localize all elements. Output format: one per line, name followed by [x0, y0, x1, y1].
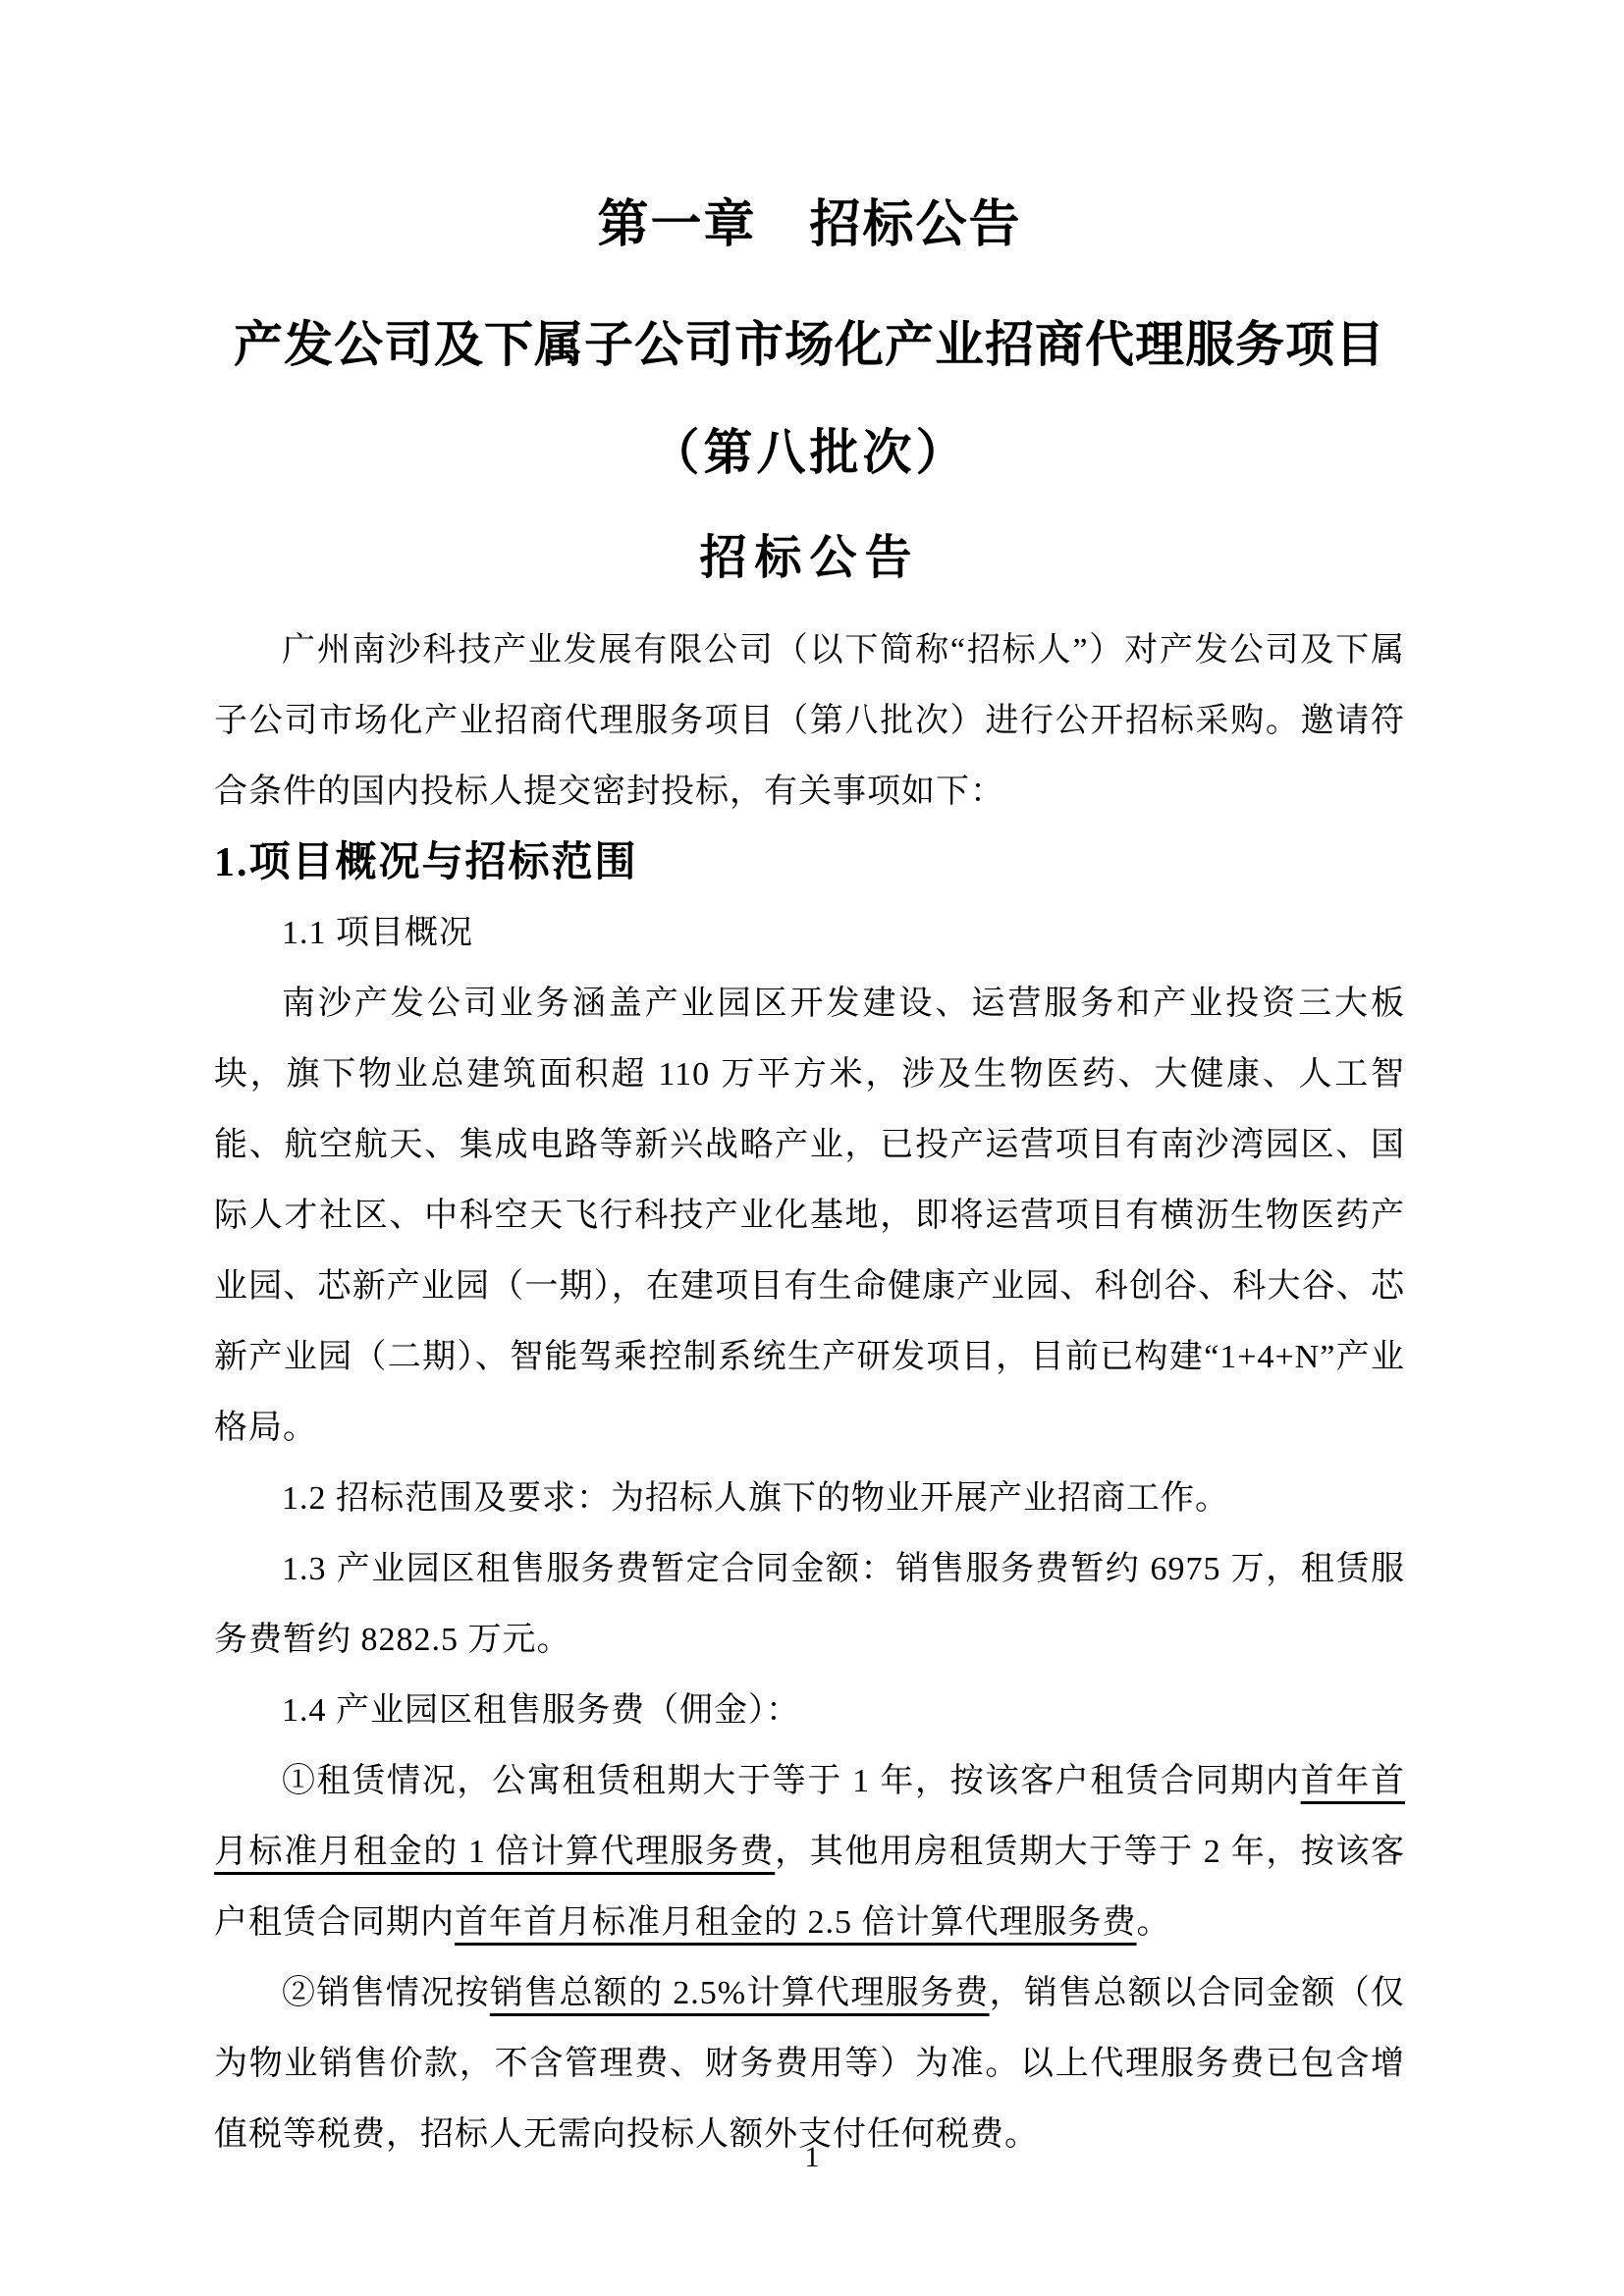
text-run: 。: [1137, 1904, 1171, 1941]
batch-line: （第八批次）: [214, 422, 1405, 483]
paragraph-1-2: 1.2 招标范围及要求：为招标人旗下的物业开展产业招商工作。: [214, 1464, 1405, 1534]
chapter-title: 第一章 招标公告: [214, 196, 1405, 255]
underlined-text: 首年首月标准月租金的 2.5 倍计算代理服务费: [455, 1904, 1137, 1941]
paragraph-overview: 南沙产发公司业务涵盖产业园区开发建设、运营服务和产业投资三大板块，旗下物业总建筑…: [214, 969, 1405, 1464]
paragraph-1-4: 1.4 产业园区租售服务费（佣金）：: [214, 1676, 1405, 1746]
page-number: 1: [0, 2140, 1624, 2175]
project-title: 产发公司及下属子公司市场化产业招商代理服务项目: [214, 314, 1405, 375]
paragraph-1-3: 1.3 产业园区租售服务费暂定合同金额：销售服务费暂约 6975 万，租赁服务费…: [214, 1534, 1405, 1676]
announcement-subtitle: 招标公告: [214, 528, 1405, 589]
document-page: 第一章 招标公告 产发公司及下属子公司市场化产业招商代理服务项目 （第八批次） …: [0, 0, 1624, 2296]
section-1-heading: 1.项目概况与招标范围: [214, 828, 1405, 898]
intro-paragraph: 广州南沙科技产业发展有限公司（以下简称“招标人”）对产发公司及下属子公司市场化产…: [214, 615, 1405, 828]
paragraph-rental-commission: ①租赁情况，公寓租赁租期大于等于 1 年，按该客户租赁合同期内首年首月标准月租金…: [214, 1746, 1405, 1958]
document-body: 广州南沙科技产业发展有限公司（以下简称“招标人”）对产发公司及下属子公司市场化产…: [214, 615, 1405, 2170]
paragraph-sales-commission: ②销售情况按销售总额的 2.5%计算代理服务费，销售总额以合同金额（仅为物业销售…: [214, 1958, 1405, 2170]
paragraph-1-1: 1.1 项目概况: [214, 898, 1405, 969]
text-run: ②销售情况按: [282, 1975, 490, 2011]
underlined-text: 销售总额的 2.5%计算代理服务费: [490, 1975, 990, 2011]
text-run: ①租赁情况，公寓租赁租期大于等于 1 年，按该客户租赁合同期内: [282, 1763, 1301, 1799]
